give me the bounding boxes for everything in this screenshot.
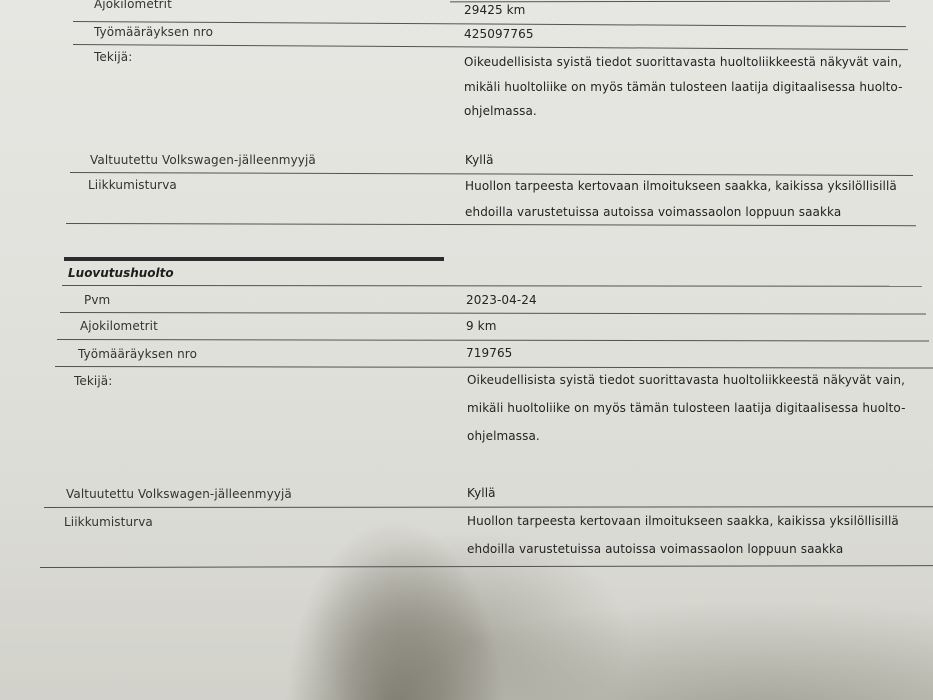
value-valtuutettu-jalleenmyyja: Kyllä: [467, 486, 496, 500]
value-tekija-line-3: ohjelmassa.: [464, 104, 537, 118]
label-tekija: Tekijä:: [74, 374, 112, 388]
value-tyomaarayksen-nro: 719765: [466, 346, 512, 360]
row-divider: [73, 44, 908, 50]
value-liikkumisturva-line-2: ehdoilla varustetuissa autoissa voimassa…: [467, 542, 843, 556]
value-valtuutettu-jalleenmyyja: Kyllä: [465, 153, 494, 167]
row-divider: [66, 223, 916, 227]
label-pvm: Pvm: [84, 293, 110, 307]
section-rule: [64, 257, 444, 261]
label-ajokilometrit: Ajokilometrit: [94, 0, 172, 11]
service-history-page: Ajokilometrit 29425 km Työmääräyksen nro…: [0, 0, 933, 700]
label-liikkumisturva: Liikkumisturva: [88, 178, 177, 192]
value-liikkumisturva-line-1: Huollon tarpeesta kertovaan ilmoitukseen…: [465, 179, 897, 193]
row-divider: [70, 172, 913, 176]
value-pvm: 2023-04-24: [466, 293, 537, 307]
label-liikkumisturva: Liikkumisturva: [64, 515, 153, 529]
value-tekija-line-1: Oikeudellisista syistä tiedot suorittava…: [467, 373, 905, 387]
row-divider: [57, 339, 929, 342]
section-title-luovutushuolto: Luovutushuolto: [68, 266, 174, 280]
value-tekija-line-2: mikäli huoltoliike on myös tämän tuloste…: [464, 80, 903, 94]
value-tyomaarayksen-nro: 425097765: [464, 27, 534, 41]
value-ajokilometrit: 9 km: [466, 319, 497, 333]
row-divider: [55, 366, 933, 369]
label-valtuutettu-jalleenmyyja: Valtuutettu Volkswagen-jälleenmyyjä: [66, 487, 292, 501]
row-divider: [60, 312, 926, 315]
value-liikkumisturva-line-1: Huollon tarpeesta kertovaan ilmoitukseen…: [467, 514, 899, 528]
label-tyomaarayksen-nro: Työmääräyksen nro: [78, 347, 197, 361]
value-tekija-line-1: Oikeudellisista syistä tiedot suorittava…: [464, 55, 902, 69]
label-tyomaarayksen-nro: Työmääräyksen nro: [94, 25, 213, 39]
row-divider: [40, 565, 933, 568]
value-liikkumisturva-line-2: ehdoilla varustetuissa autoissa voimassa…: [465, 205, 841, 219]
label-valtuutettu-jalleenmyyja: Valtuutettu Volkswagen-jälleenmyyjä: [90, 153, 316, 167]
row-divider: [44, 506, 933, 508]
value-ajokilometrit: 29425 km: [464, 3, 525, 17]
label-tekija: Tekijä:: [94, 50, 132, 64]
label-ajokilometrit: Ajokilometrit: [80, 319, 158, 333]
value-tekija-line-3: ohjelmassa.: [467, 429, 540, 443]
value-tekija-line-2: mikäli huoltoliike on myös tämän tuloste…: [467, 401, 906, 415]
row-divider: [62, 285, 922, 287]
